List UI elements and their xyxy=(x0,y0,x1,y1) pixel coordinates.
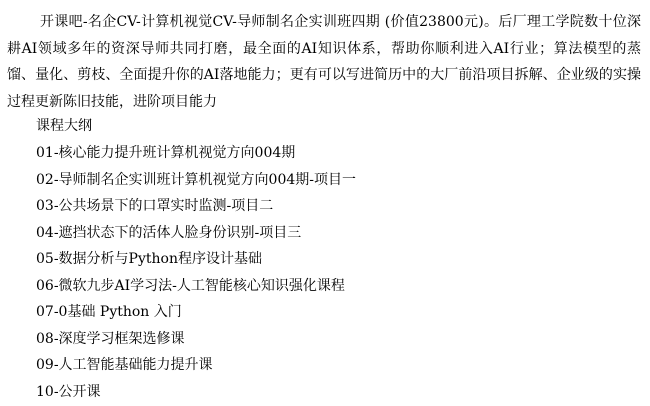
outline-list: 01-核心能力提升班计算机视觉方向004期 02-导师制名企实训班计算机视觉方向… xyxy=(36,143,356,406)
outline-item: 04-遮挡状态下的活体人脸身份识别-项目三 xyxy=(36,223,356,250)
outline-item: 03-公共场景下的口罩实时监测-项目二 xyxy=(36,196,356,223)
outline-item: 01-核心能力提升班计算机视觉方向004期 xyxy=(36,143,356,170)
outline-item: 10-公开课 xyxy=(36,382,356,406)
outline-item: 07-0基础 Python 入门 xyxy=(36,302,356,329)
outline-item: 08-深度学习框架选修课 xyxy=(36,329,356,356)
outline-item: 05-数据分析与Python程序设计基础 xyxy=(36,249,356,276)
outline-item: 09-人工智能基础能力提升课 xyxy=(36,355,356,382)
document-page: 开课吧-名企CV-计算机视觉CV-导师制名企实训班四期 (价值23800元)。后… xyxy=(0,0,650,406)
outline-item: 02-导师制名企实训班计算机视觉方向004期-项目一 xyxy=(36,170,356,197)
outline-item: 06-微软九步AI学习法-人工智能核心知识强化课程 xyxy=(36,276,356,303)
outline-title: 课程大纲 xyxy=(36,116,92,136)
intro-paragraph: 开课吧-名企CV-计算机视觉CV-导师制名企实训班四期 (价值23800元)。后… xyxy=(7,9,641,115)
